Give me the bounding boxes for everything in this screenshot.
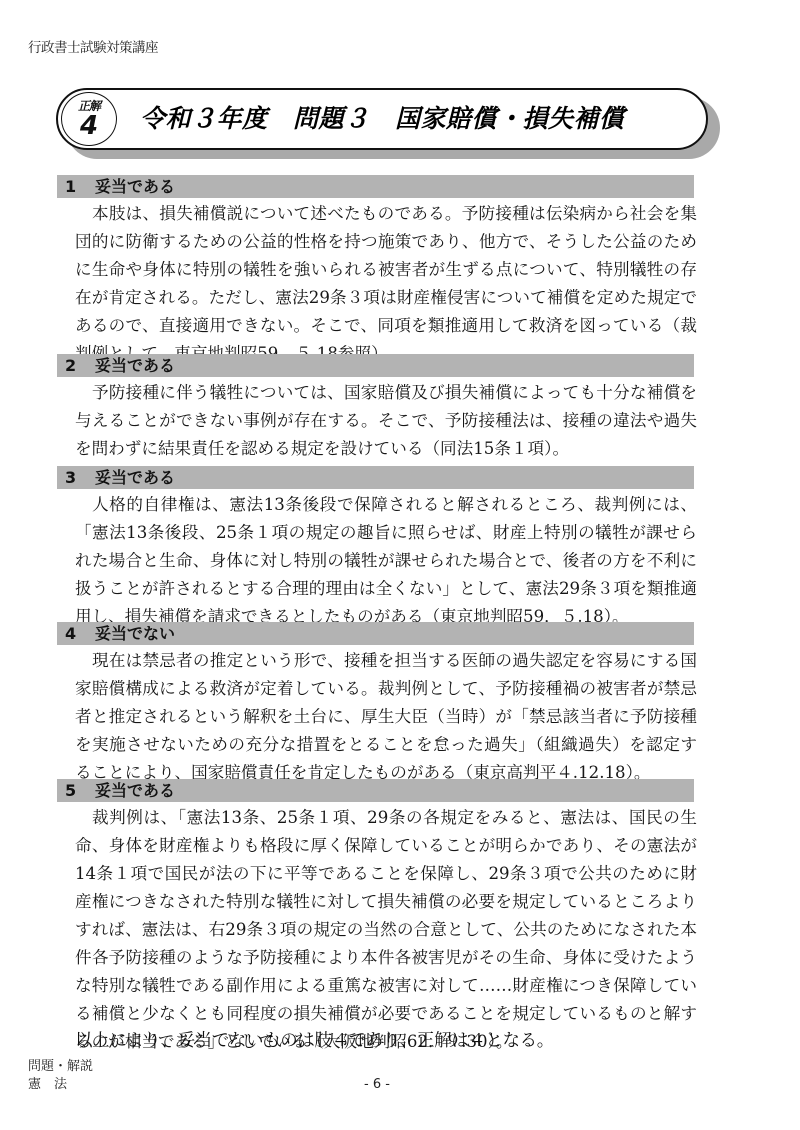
answer-badge: 正解 4 [61,92,117,146]
running-head: 行政書士試験対策講座 [28,36,158,56]
section-verdict: 妥当である [95,356,175,375]
section-body-1: 本肢は、損失補償説について述べたものである。予防接種は伝染病から社会を集団的に防… [75,200,697,368]
section-body-5: 裁判例は、「憲法13条、25条１項、29条の各規定をみると、憲法は、国民の生命、… [75,804,697,1056]
section-header-1: 1妥当である [57,175,694,198]
section-paragraph: 人格的自律権は、憲法13条後段で保障されると解されるところ、裁判例には、「憲法1… [75,491,697,631]
section-number: 5 [57,779,95,802]
footer-left: 問題・解説憲 法 [28,1058,93,1094]
footer-subject: 憲 法 [28,1076,93,1094]
section-number: 4 [57,622,95,645]
section-body-4: 現在は禁忌者の推定という形で、接種を担当する医師の過失認定を容易にする国家賠償構… [75,647,697,787]
section-verdict: 妥当である [95,468,175,487]
section-verdict: 妥当である [95,177,175,196]
footer-category: 問題・解説 [28,1058,93,1076]
section-number: 1 [57,175,95,198]
answer-badge-number: 4 [62,113,116,139]
section-body-3: 人格的自律権は、憲法13条後段で保障されると解されるところ、裁判例には、「憲法1… [75,491,697,631]
page-number: - 6 - [352,1076,402,1094]
section-paragraph: 予防接種に伴う犠牲については、国家賠償及び損失補償によっても十分な補償を与えるこ… [75,379,697,463]
section-header-2: 2妥当である [57,354,694,377]
page-title: 令和３年度 問題３ 国家賠償・損失補償 [140,103,625,135]
section-header-3: 3妥当である [57,466,694,489]
section-paragraph: 現在は禁忌者の推定という形で、接種を担当する医師の過失認定を容易にする国家賠償構… [75,647,697,787]
section-number: 2 [57,354,95,377]
section-verdict: 妥当でない [95,624,175,643]
section-verdict: 妥当である [95,781,175,800]
section-header-5: 5妥当である [57,779,694,802]
section-paragraph: 本肢は、損失補償説について述べたものである。予防接種は伝染病から社会を集団的に防… [75,200,697,368]
section-number: 3 [57,466,95,489]
section-paragraph: 裁判例は、「憲法13条、25条１項、29条の各規定をみると、憲法は、国民の生命、… [75,804,697,1056]
conclusion: 以上により、妥当でないものは肢４であり、正解は４となる。 [75,1029,554,1053]
section-header-4: 4妥当でない [57,622,694,645]
section-body-2: 予防接種に伴う犠牲については、国家賠償及び損失補償によっても十分な補償を与えるこ… [75,379,697,463]
